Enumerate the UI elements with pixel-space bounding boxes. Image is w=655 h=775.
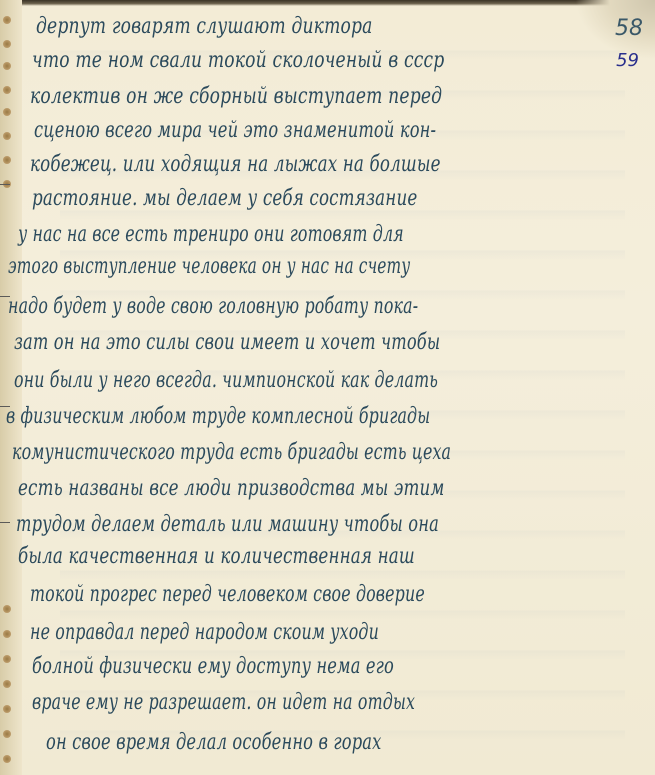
margin-mark [0,184,10,185]
text-line: в физическим любом труде комплесной бриг… [6,404,430,429]
text-line: растояние. мы делаем у себя состязание [32,186,417,211]
binding-hole [3,605,11,613]
text-line: не оправдал перед народом скоим уходи [30,620,379,645]
text-line: зат он на это силы свои имеет и хочет чт… [14,330,440,355]
binding-hole [3,630,11,638]
text-line: колектив он же сборный выступает перед [30,84,442,109]
text-line: надо будет у воде свою головную робату п… [8,294,418,319]
binding-hole [3,705,11,713]
text-line: сценою всего мира чей это знаменитой кон… [34,118,436,143]
text-line: есть названы все люди призводства мы эти… [18,476,445,501]
page-number-primary: 58 [615,16,643,41]
binding-hole [3,655,11,663]
binding-hole [3,132,11,140]
text-line: у нас на все есть трениро они готовят дл… [18,222,404,247]
notebook-page: 58 59 дерпут говарят слушают диктора что… [0,0,655,775]
binding-hole [3,730,11,738]
text-line: дерпут говарят слушают диктора [36,14,373,39]
text-line: кобежец. или ходящия на лыжах на болшые [30,152,441,177]
binding-hole [3,680,11,688]
text-line: комунистического труда есть бригады есть… [12,440,451,465]
binding-hole [3,156,11,164]
text-line: трудом делаем деталь или машину чтобы он… [16,512,439,537]
text-line: болной физически ему доступу нема его [32,654,394,679]
binding-hole [3,16,11,24]
page-top-edge [0,0,655,6]
binding-hole [3,86,11,94]
binding-hole [3,62,11,70]
text-line: они были у него всегда. чимпионской как … [14,368,438,393]
text-line: что те ном свали токой сколоченый в ссср [32,48,444,73]
text-line: враче ему не разрешает. он идет на отдых [32,690,415,715]
text-line: была качественная и количественная наш [18,544,415,569]
binding-hole [3,755,11,763]
binding-hole [3,40,11,48]
text-line: токой прогрес перед человеком свое довер… [30,582,425,607]
margin-mark [0,522,10,523]
text-line: он свое время делал особенно в горах [46,730,381,755]
binding-hole [3,108,11,116]
text-line: этого выступление человека он у нас на с… [8,254,410,279]
page-number-secondary: 59 [616,50,639,71]
